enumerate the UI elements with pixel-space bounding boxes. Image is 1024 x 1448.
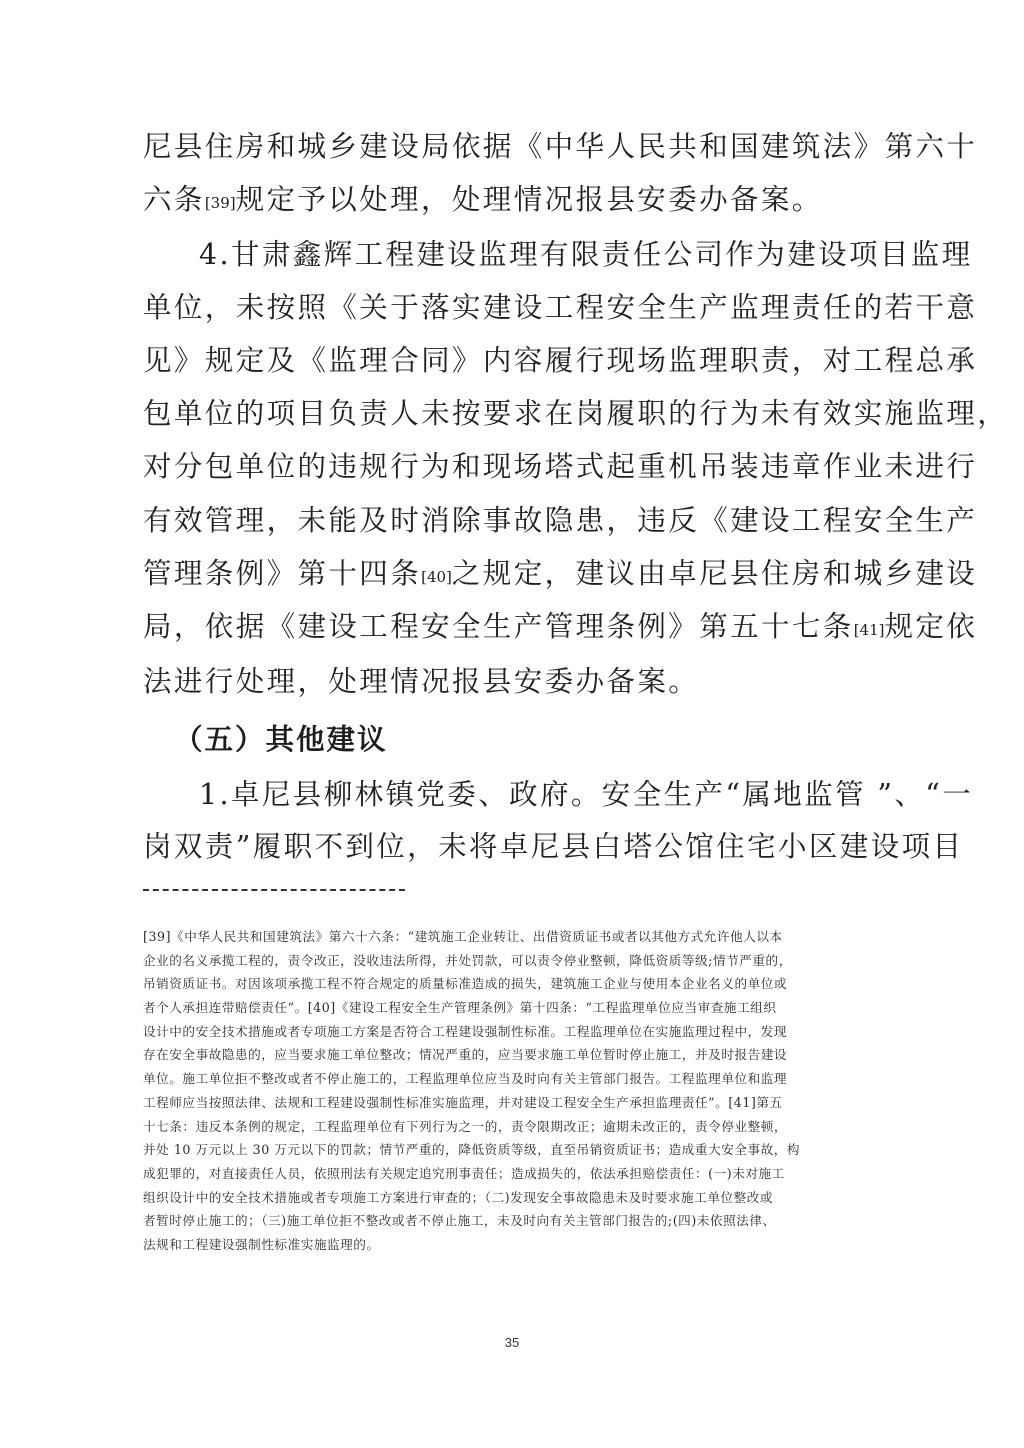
body-text: 包单位的项目负责人未按要求在岗履职的行为未有效实施监理， xyxy=(143,397,1008,430)
footnote-line: 者个人承担连带赔偿责任”。[40]《建设工程安全生产管理条例》第十四条：“工程监… xyxy=(143,996,895,1020)
footnote-line: 设计中的安全技术措施或者专项施工方案是否符合工程建设强制性标准。工程监理单位在实… xyxy=(143,1020,895,1044)
footnote-line: 成犯罪的，对直接责任人员，依照刑法有关规定追究刑事责任；造成损失的，依法承担赔偿… xyxy=(143,1162,895,1186)
footnote-line: 法规和工程建设强制性标准实施监理的。 xyxy=(143,1233,895,1257)
body-line-2: 六条[39]规定予以处理，处理情况报县安委办备案。 xyxy=(143,173,893,226)
document-page: 尼县住房和城乡建设局依据《中华人民共和国建筑法》第六十 六条[39]规定予以处理… xyxy=(0,0,1024,1448)
footnote-line: 组织设计中的安全技术措施或者专项施工方案进行审查的；（二)发现安全事故隐患未及时… xyxy=(143,1186,895,1210)
body-line-10: 局，依据《建设工程安全生产管理条例》第五十七条[41]规定依 xyxy=(143,600,893,653)
body-text: 之规定，建议由卓尼县住房和城乡建设 xyxy=(452,557,977,590)
body-text: 对分包单位的违规行为和现场塔式起重机吊装违章作业未进行 xyxy=(143,450,977,483)
body-text: 1.卓尼县柳林镇党委、政府。安全生产“属地监管 ”、“一 xyxy=(199,778,973,811)
body-text: 规定予以处理，处理情况报县安委办备案。 xyxy=(236,183,823,216)
footnote-line: 吊销资质证书。对因该项承揽工程不符合规定的质量标准造成的损失，建筑施工企业与使用… xyxy=(143,972,895,996)
body-line-4: 单位，未按照《关于落实建设工程安全生产监理责任的若干意 xyxy=(143,281,893,334)
body-text: 局，依据《建设工程安全生产管理条例》第五十七条 xyxy=(143,610,854,643)
page-number: 35 xyxy=(0,1335,1024,1350)
footnote-separator xyxy=(143,889,405,891)
footnote-line: 工程师应当按照法律、法规和工程建设强制性标准实施监理，并对建设工程安全生产承担监… xyxy=(143,1091,895,1115)
footnote-ref-39[interactable]: [39] xyxy=(205,194,236,212)
footnote-line: 并处 10 万元以上 30 万元以下的罚款；情节严重的，降低资质等级，直至吊销资… xyxy=(143,1138,895,1162)
section-heading: （五）其他建议 xyxy=(174,713,388,766)
body-line-11: 法进行处理，处理情况报县安委办备案。 xyxy=(143,655,893,708)
footnote-line: 企业的名义承揽工程的，责令改正，没收违法所得，并处罚款，可以责令停业整顿，降低资… xyxy=(143,949,895,973)
footnote-ref-41[interactable]: [41] xyxy=(854,621,885,639)
footnote-ref-40[interactable]: [40] xyxy=(421,568,452,586)
body-text: 见》规定及《监理合同》内容履行现场监理职责，对工程总承 xyxy=(143,344,977,377)
footnote-line: 者暂时停止施工的；（三)施工单位拒不整改或者不停止施工，未及时向有关主管部门报告… xyxy=(143,1209,895,1233)
body-text: 尼县住房和城乡建设局依据《中华人民共和国建筑法》第六十 xyxy=(143,130,977,163)
body-text: 六条 xyxy=(143,183,205,216)
footnote-line: 存在安全事故隐患的，应当要求施工单位整改；情况严重的，应当要求施工单位暂时停止施… xyxy=(143,1043,895,1067)
body-line-6: 包单位的项目负责人未按要求在岗履职的行为未有效实施监理， xyxy=(143,387,893,440)
body-line-7: 对分包单位的违规行为和现场塔式起重机吊装违章作业未进行 xyxy=(143,440,893,493)
body-text: 4.甘肃鑫辉工程建设监理有限责任公司作为建设项目监理 xyxy=(199,238,973,271)
footnote-line: [39]《中华人民共和国建筑法》第六十六条：“建筑施工企业转让、出借资质证书或者… xyxy=(143,925,895,949)
body-line-1: 尼县住房和城乡建设局依据《中华人民共和国建筑法》第六十 xyxy=(143,120,893,173)
body-line-5: 见》规定及《监理合同》内容履行现场监理职责，对工程总承 xyxy=(143,334,893,387)
footnotes-block: [39]《中华人民共和国建筑法》第六十六条：“建筑施工企业转让、出借资质证书或者… xyxy=(143,925,895,1257)
body-text: 法进行处理，处理情况报县安委办备案。 xyxy=(143,665,699,698)
body-text: 管理条例》第十四条 xyxy=(143,557,421,590)
footnote-line: 单位。施工单位拒不整改或者不停止施工的，工程监理单位应当及时向有关主管部门报告。… xyxy=(143,1067,895,1091)
section-line-1: 1.卓尼县柳林镇党委、政府。安全生产“属地监管 ”、“一 xyxy=(199,768,893,821)
footnote-line: 十七条：违反本条例的规定，工程监理单位有下列行为之一的，责令限期改正；逾期未改正… xyxy=(143,1115,895,1139)
body-line-3: 4.甘肃鑫辉工程建设监理有限责任公司作为建设项目监理 xyxy=(199,228,893,281)
body-text: 有效管理，未能及时消除事故隐患，违反《建设工程安全生产 xyxy=(143,504,977,537)
body-text: 单位，未按照《关于落实建设工程安全生产监理责任的若干意 xyxy=(143,291,977,324)
body-text: 规定依 xyxy=(885,610,978,643)
body-line-8: 有效管理，未能及时消除事故隐患，违反《建设工程安全生产 xyxy=(143,494,893,547)
body-line-9: 管理条例》第十四条[40]之规定，建议由卓尼县住房和城乡建设 xyxy=(143,547,893,600)
section-line-2: 岗双责”履职不到位，未将卓尼县白塔公馆住宅小区建设项目 xyxy=(143,820,893,873)
body-text: 岗双责”履职不到位，未将卓尼县白塔公馆住宅小区建设项目 xyxy=(143,830,963,863)
